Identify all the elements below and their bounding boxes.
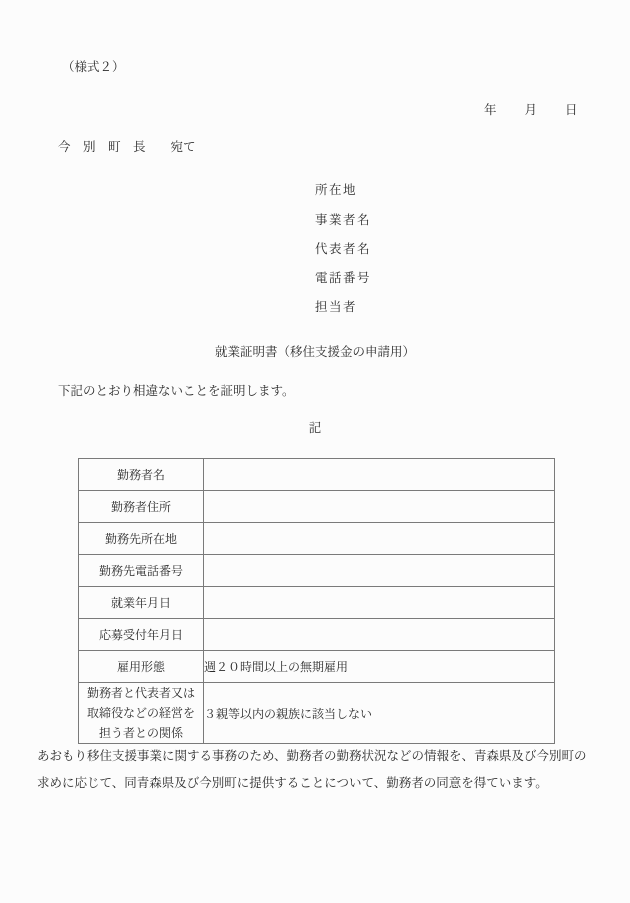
addressee-line: 今 別 町 長 宛て — [58, 141, 196, 154]
consent-note-line-1: あおもり移住支援事業に関する事務のため、勤務者の勤務状況などの情報を、青森県及び… — [37, 750, 587, 763]
row-label-application-received-date: 応募受付年月日 — [79, 619, 204, 651]
row-label-relationship: 勤務者と代表者又は 取締役などの経営を 担う者との関係 — [79, 683, 204, 744]
ki-marker: 記 — [0, 422, 630, 435]
document-page: （様式２） 年 月 日 今 別 町 長 宛て 所在地 事業者名 代表者名 電話番… — [0, 0, 630, 903]
row-label-workplace-location: 勤務先所在地 — [79, 523, 204, 555]
row-label-worker-name: 勤務者名 — [79, 459, 204, 491]
table-row: 雇用形態 週２０時間以上の無期雇用 — [79, 651, 555, 683]
certificate-table: 勤務者名 勤務者住所 勤務先所在地 勤務先電話番号 就業年月日 応募受付年月日 — [78, 458, 555, 744]
row-label-employment-type: 雇用形態 — [79, 651, 204, 683]
row-value-application-received-date — [204, 619, 555, 651]
sender-field-location: 所在地 — [315, 184, 357, 197]
row-value-workplace-location — [204, 523, 555, 555]
table-row: 勤務者住所 — [79, 491, 555, 523]
row-label-worker-address: 勤務者住所 — [79, 491, 204, 523]
row-value-employment-type: 週２０時間以上の無期雇用 — [204, 651, 555, 683]
sender-field-representative-name: 代表者名 — [315, 243, 371, 256]
row-value-relationship: ３親等以内の親族に該当しない — [204, 683, 555, 744]
table-row: 勤務先所在地 — [79, 523, 555, 555]
table-row: 就業年月日 — [79, 587, 555, 619]
table-row: 応募受付年月日 — [79, 619, 555, 651]
sender-field-phone-number: 電話番号 — [315, 272, 371, 285]
row-label-workplace-phone: 勤務先電話番号 — [79, 555, 204, 587]
sender-field-contact-person: 担当者 — [315, 301, 357, 314]
table-row: 勤務者と代表者又は 取締役などの経営を 担う者との関係 ３親等以内の親族に該当し… — [79, 683, 555, 744]
row-value-worker-address — [204, 491, 555, 523]
row-value-worker-name — [204, 459, 555, 491]
document-title: 就業証明書（移住支援金の申請用） — [0, 346, 630, 359]
row-value-workplace-phone — [204, 555, 555, 587]
sender-field-business-name: 事業者名 — [315, 214, 371, 227]
date-line: 年 月 日 — [484, 104, 579, 117]
row-value-employment-start-date — [204, 587, 555, 619]
table-row: 勤務先電話番号 — [79, 555, 555, 587]
row-label-employment-start-date: 就業年月日 — [79, 587, 204, 619]
form-number-label: （様式２） — [62, 61, 125, 74]
table-row: 勤務者名 — [79, 459, 555, 491]
declaration-sentence: 下記のとおり相違ないことを証明します。 — [58, 385, 295, 398]
consent-note-line-2: 求めに応じて、同青森県及び今別町に提供することについて、勤務者の同意を得ています… — [37, 777, 548, 790]
